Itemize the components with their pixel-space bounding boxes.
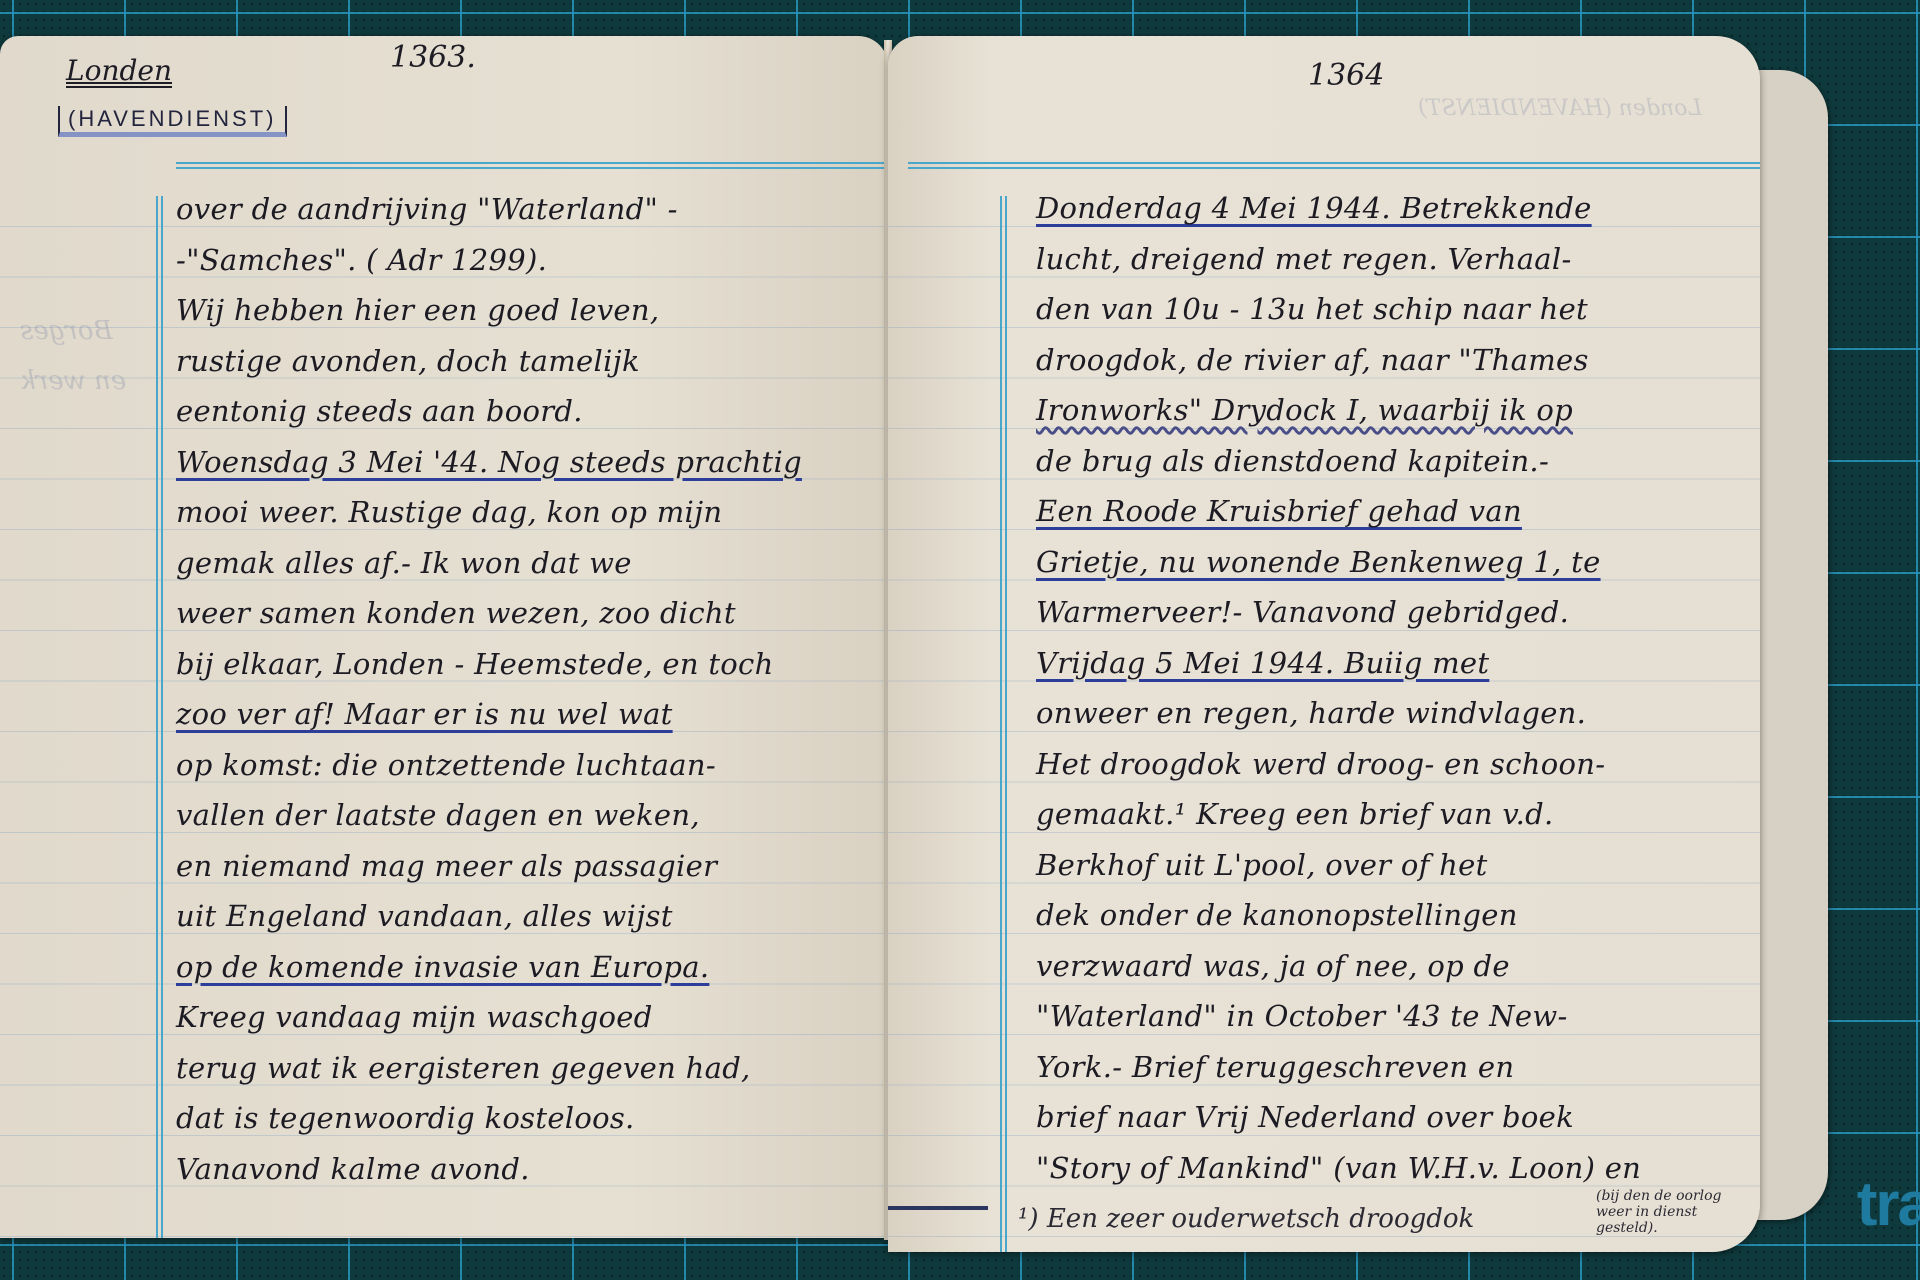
diary-text: over de aandrijving "Waterland" - -"Samc… <box>176 184 876 1194</box>
entry-date-line: Woensdag 3 Mei '44. Nog steeds prachtig <box>176 437 876 488</box>
text-line: zoo ver af! Maar er is nu wel wat <box>176 689 876 740</box>
header-rule <box>176 162 888 169</box>
text-line: mooi weer. Rustige dag, kon op mijn <box>176 487 876 538</box>
text-line: den van 10u - 13u het schip naar het <box>1036 284 1756 335</box>
page-number: 1364 <box>1308 58 1384 93</box>
text-line: Grietje, nu wonende Benkenweg 1, te <box>1036 537 1756 588</box>
text-line: York.- Brief teruggeschreven en <box>1036 1042 1756 1093</box>
text-line: en niemand mag meer als passagier <box>176 841 876 892</box>
text-line: Warmerveer!- Vanavond gebridged. <box>1036 587 1756 638</box>
margin-rule <box>1000 196 1007 1252</box>
cutting-mat-logo: tra <box>1857 1169 1920 1240</box>
text-line: terug wat ik eergisteren gegeven had, <box>176 1043 876 1094</box>
text-line: dat is tegenwoordig kosteloos. <box>176 1093 876 1144</box>
text-line: uit Engeland vandaan, alles wijst <box>176 891 876 942</box>
footnote-divider <box>888 1206 988 1210</box>
text-line: Wij hebben hier een goed leven, <box>176 285 876 336</box>
text-line: de brug als dienstdoend kapitein.- <box>1036 436 1756 487</box>
right-page: Londen (HAVENDIENST) 1364 Donderdag 4 Me… <box>888 36 1760 1252</box>
text-line: "Waterland" in October '43 te New- <box>1036 991 1756 1042</box>
bleed-through-header: Londen (HAVENDIENST) <box>1418 96 1702 121</box>
text-line: -"Samches". ( Adr 1299). <box>176 235 876 286</box>
section-label: (HAVENDIENST) <box>58 106 287 137</box>
text-line: gemaakt.¹ Kreeg een brief van v.d. <box>1036 789 1756 840</box>
text-line: weer samen konden wezen, zoo dicht <box>176 588 876 639</box>
text-line: lucht, dreigend met regen. Verhaal- <box>1036 234 1756 285</box>
text-line: Kreeg vandaag mijn waschgoed <box>176 992 876 1043</box>
text-line: op de komende invasie van Europa. <box>176 942 876 993</box>
left-page: Borges en werk Londen (HAVENDIENST) 1363… <box>0 36 888 1238</box>
text-line: gemak alles af.- Ik won dat we <box>176 538 876 589</box>
header-rule <box>908 162 1760 169</box>
text-line: bij elkaar, Londen - Heemstede, en toch <box>176 639 876 690</box>
entry-date-line: Donderdag 4 Mei 1944. Betrekkende <box>1036 183 1756 234</box>
text-line: brief naar Vrij Nederland over boek <box>1036 1092 1756 1143</box>
footnote-aside: (bij den de oorlog weer in dienst gestel… <box>1596 1188 1736 1236</box>
text-line: Berkhof uit L'pool, over of het <box>1036 840 1756 891</box>
page-number: 1363. <box>390 40 476 75</box>
entry-date-line: Vrijdag 5 Mei 1944. Buiig met <box>1036 638 1756 689</box>
text-line: verzwaard was, ja of nee, op de <box>1036 941 1756 992</box>
text-line: Ironworks" Drydock I, waarbij ik op <box>1036 385 1756 436</box>
text-line: droogdok, de rivier af, naar "Thames <box>1036 335 1756 386</box>
text-line: over de aandrijving "Waterland" - <box>176 184 876 235</box>
footnote: ¹) Een zeer ouderwetsch droogdok <box>1018 1204 1474 1234</box>
text-line: "Story of Mankind" (van W.H.v. Loon) en <box>1036 1143 1756 1194</box>
bleed-through-text: en werk <box>20 366 126 396</box>
text-line: rustige avonden, doch tamelijk <box>176 336 876 387</box>
text-line: Een Roode Kruisbrief gehad van <box>1036 486 1756 537</box>
bleed-through-text: Borges <box>20 316 113 346</box>
text-line: dek onder de kanonopstellingen <box>1036 890 1756 941</box>
text-line: Het droogdok werd droog- en schoon- <box>1036 739 1756 790</box>
margin-rule <box>156 196 163 1238</box>
place-heading: Londen <box>66 54 172 87</box>
text-line: vallen der laatste dagen en weken, <box>176 790 876 841</box>
text-line: op komst: die ontzettende luchtaan- <box>176 740 876 791</box>
diary-text: Donderdag 4 Mei 1944. Betrekkende lucht,… <box>1036 183 1756 1193</box>
text-line: eentonig steeds aan boord. <box>176 386 876 437</box>
text-line: onweer en regen, harde windvlagen. <box>1036 688 1756 739</box>
text-line: Vanavond kalme avond. <box>176 1144 876 1195</box>
